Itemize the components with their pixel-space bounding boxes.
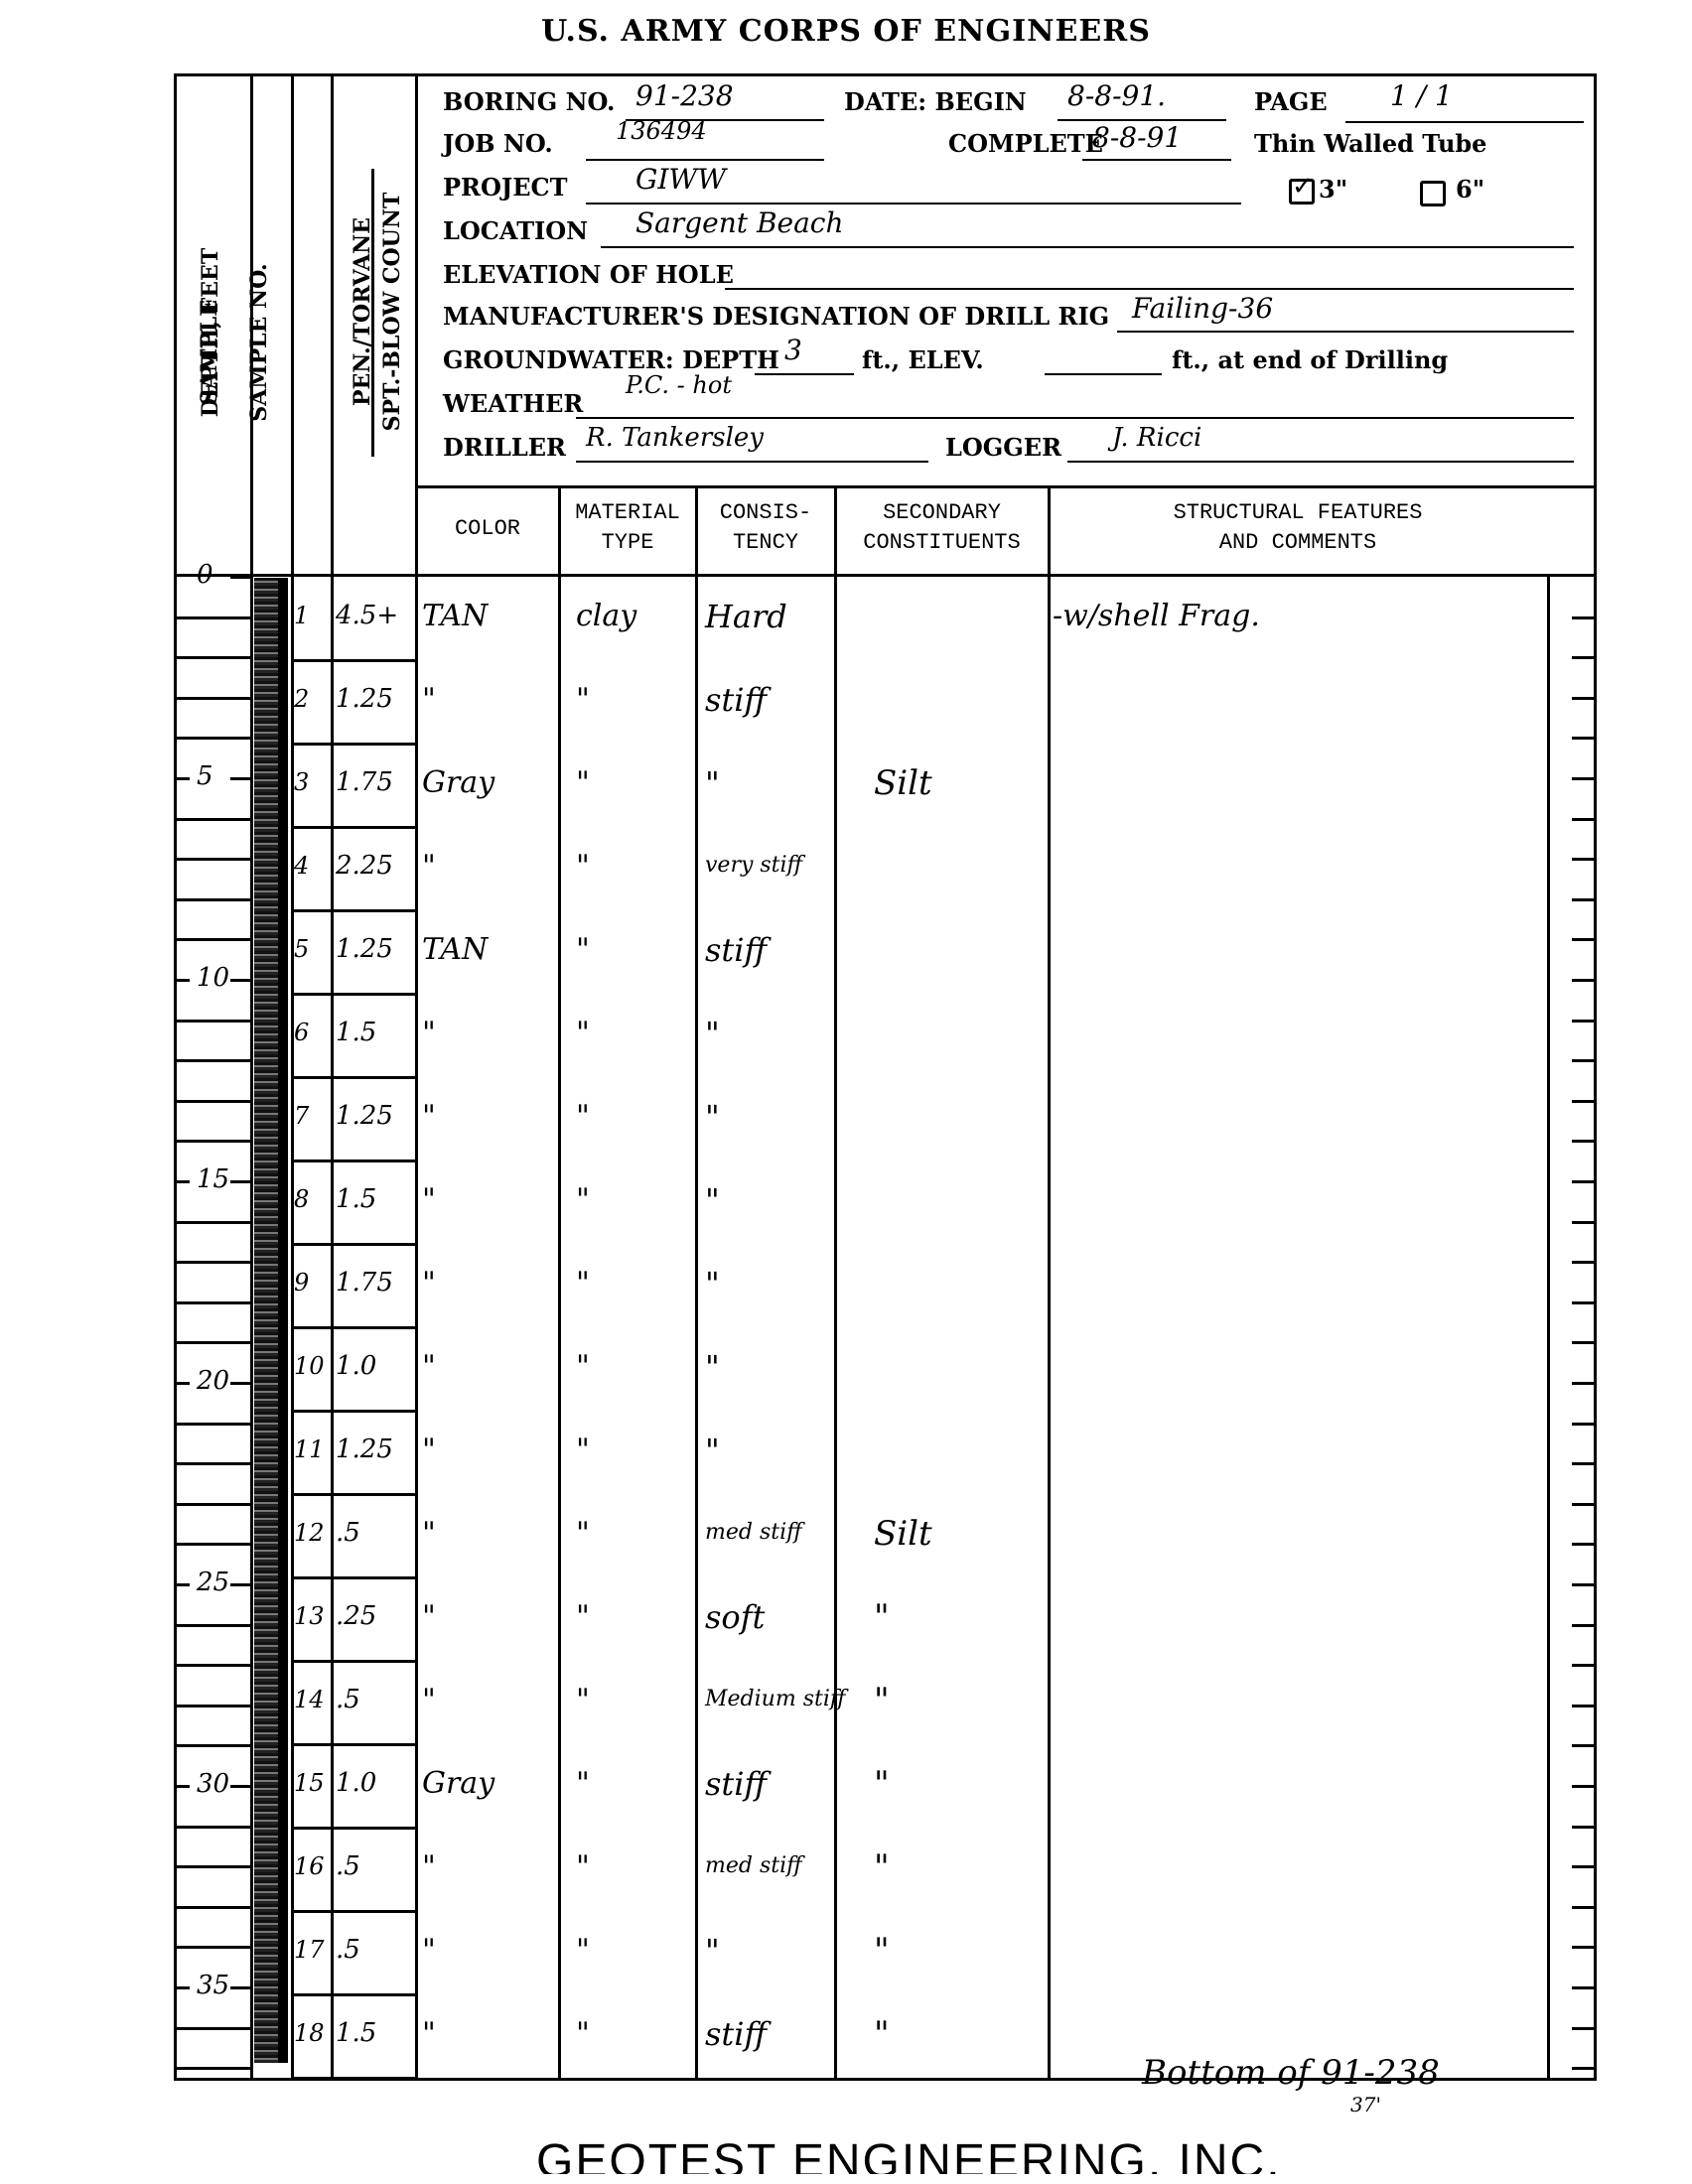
- material-value: ": [576, 682, 590, 717]
- tube-3in-label: 3": [1319, 175, 1347, 204]
- consistency-value: Medium stiff: [705, 1687, 845, 1711]
- secondary-value: ": [874, 1931, 890, 1971]
- sample-no: 14: [294, 1686, 325, 1713]
- weather-label: WEATHER: [443, 389, 583, 418]
- tube-6in-label: 6": [1456, 175, 1484, 204]
- tube-3in-checkbox[interactable]: ✓: [1289, 179, 1315, 205]
- material-value: ": [576, 1516, 590, 1551]
- sample-no: 4: [294, 852, 309, 880]
- pen-value: 1.0: [336, 1351, 376, 1381]
- color-value: TAN: [422, 932, 488, 967]
- secondary-value: ": [874, 1597, 890, 1637]
- table-row[interactable]: 16.5""med stiff": [0, 1827, 1692, 1910]
- date-begin-label: DATE: BEGIN: [844, 87, 1027, 116]
- job-no-label: JOB NO.: [443, 129, 553, 158]
- bottom-note: Bottom of 91-238: [1142, 2053, 1440, 2093]
- table-row[interactable]: 151.0Gray"stiff": [0, 1743, 1692, 1827]
- color-value: ": [422, 1599, 436, 1634]
- sample-no: 5: [294, 935, 309, 963]
- color-value: ": [422, 2016, 436, 2051]
- consistency-value: ": [705, 1015, 720, 1052]
- color-value: ": [422, 1016, 436, 1050]
- project-value[interactable]: GIWW: [635, 163, 726, 196]
- sample-no: 17: [294, 1936, 325, 1964]
- table-row[interactable]: 31.75Gray""Silt: [0, 743, 1692, 826]
- underline: [1117, 331, 1574, 333]
- consistency-value: ": [705, 1348, 720, 1386]
- pen-value: 1.25: [336, 934, 393, 964]
- groundwater-elev-label: ft., ELEV.: [862, 345, 984, 374]
- table-row[interactable]: 111.25""": [0, 1410, 1692, 1493]
- material-value: clay: [576, 599, 636, 633]
- divider: [415, 485, 1597, 488]
- underline: [586, 203, 1241, 205]
- consistency-value: ": [705, 1265, 720, 1302]
- underline: [576, 461, 928, 463]
- pen-value: 1.75: [336, 1268, 393, 1297]
- job-no-value[interactable]: 136494: [616, 117, 707, 145]
- sample-no: 10: [294, 1352, 325, 1380]
- sample-no: 9: [294, 1269, 309, 1297]
- material-value: ": [576, 1766, 590, 1801]
- location-label: LOCATION: [443, 216, 588, 245]
- material-value: ": [576, 1433, 590, 1467]
- table-row[interactable]: 81.5""": [0, 1160, 1692, 1243]
- color-value: ": [422, 1099, 436, 1134]
- material-value: ": [576, 849, 590, 884]
- sample-no-header: SAMPLE NO.: [246, 233, 276, 452]
- pen-value: .5: [336, 1851, 360, 1881]
- pen-value: 1.5: [336, 1184, 376, 1214]
- table-row[interactable]: 21.25""stiff: [0, 659, 1692, 743]
- consistency-value: very stiff: [705, 853, 802, 878]
- col-secondary-header: SECONDARYCONSTITUENTS: [836, 498, 1048, 558]
- table-row[interactable]: 71.25""": [0, 1076, 1692, 1160]
- underline: [586, 159, 824, 161]
- sample-no: 7: [294, 1102, 309, 1130]
- consistency-value: stiff: [705, 931, 767, 969]
- material-value: ": [576, 932, 590, 967]
- pen-value: 1.0: [336, 1768, 376, 1798]
- consistency-value: Hard: [705, 598, 787, 635]
- material-value: ": [576, 1933, 590, 1968]
- pen-value: 1.75: [336, 767, 393, 797]
- table-row[interactable]: 51.25TAN"stiff: [0, 909, 1692, 993]
- consistency-value: stiff: [705, 681, 767, 719]
- color-value: ": [422, 1933, 436, 1968]
- pen-value: 1.25: [336, 684, 393, 714]
- table-row[interactable]: 14.5+TANclayHard-w/shell Frag.: [0, 576, 1692, 659]
- groundwater-tail-label: ft., at end of Drilling: [1172, 345, 1448, 374]
- pen-value: .5: [336, 1685, 360, 1714]
- secondary-value: Silt: [874, 1514, 932, 1554]
- sample-no: 18: [294, 2019, 325, 2047]
- pen-value: .5: [336, 1518, 360, 1548]
- table-row[interactable]: 91.75""": [0, 1243, 1692, 1326]
- underline: [725, 288, 1574, 290]
- consistency-value: ": [705, 1432, 720, 1469]
- pen-value: 1.25: [336, 1101, 393, 1131]
- tube-6in-checkbox[interactable]: [1420, 181, 1446, 206]
- footer-company: GEOTEST ENGINEERING, INC.: [536, 2134, 1282, 2174]
- driller-label: DRILLER: [443, 433, 566, 462]
- material-value: ": [576, 1266, 590, 1300]
- date-begin-value[interactable]: 8-8-91.: [1067, 79, 1166, 112]
- sample-header: SAMPLE: [197, 253, 226, 452]
- sample-no: 2: [294, 685, 309, 713]
- pen-value: 2.25: [336, 851, 393, 881]
- consistency-value: ": [705, 764, 720, 802]
- groundwater-label: GROUNDWATER: DEPTH: [443, 345, 779, 374]
- consistency-value: ": [705, 1098, 720, 1136]
- consistency-value: stiff: [705, 2015, 767, 2053]
- weather-value[interactable]: P.C. - hot: [626, 371, 732, 399]
- drill-rig-value[interactable]: Failing-36: [1132, 292, 1273, 325]
- project-label: PROJECT: [443, 173, 568, 202]
- col-structural-header: STRUCTURAL FEATURESAND COMMENTS: [1050, 498, 1546, 558]
- col-color-header: COLOR: [417, 514, 558, 544]
- pen-value: 4.5+: [336, 601, 398, 630]
- color-value: ": [422, 682, 436, 717]
- sample-row-divider: [291, 2077, 415, 2080]
- sample-no: 6: [294, 1019, 309, 1046]
- color-value: ": [422, 1349, 436, 1384]
- boring-no-value[interactable]: 91-238: [635, 79, 734, 112]
- spt-blow-count-header: SPT.-BLOW COUNT: [379, 173, 407, 451]
- underline: [1045, 373, 1162, 375]
- agency-title: U.S. ARMY CORPS OF ENGINEERS: [0, 14, 1692, 49]
- table-row[interactable]: 42.25""very stiff: [0, 826, 1692, 909]
- material-value: ": [576, 2016, 590, 2051]
- location-value[interactable]: Sargent Beach: [635, 206, 844, 239]
- pen-value: .5: [336, 1935, 360, 1965]
- check-mark-icon: ✓: [1292, 172, 1314, 202]
- underline: [1345, 121, 1584, 123]
- material-value: ": [576, 765, 590, 800]
- color-value: ": [422, 1182, 436, 1217]
- logger-label: LOGGER: [945, 433, 1061, 462]
- driller-value[interactable]: R. Tankersley: [586, 423, 764, 453]
- bottom-depth: 37': [1350, 2093, 1381, 2116]
- color-value: TAN: [422, 599, 488, 633]
- table-row[interactable]: 13.25""soft": [0, 1576, 1692, 1660]
- underline: [601, 246, 1574, 248]
- color-value: ": [422, 1849, 436, 1884]
- material-value: ": [576, 1099, 590, 1134]
- pen-value: .25: [336, 1601, 376, 1631]
- consistency-value: med stiff: [705, 1520, 802, 1545]
- page-value[interactable]: 1 / 1: [1390, 79, 1453, 112]
- drill-rig-label: MANUFACTURER'S DESIGNATION OF DRILL RIG: [443, 302, 1109, 331]
- consistency-value: med stiff: [705, 1853, 802, 1878]
- elevation-label: ELEVATION OF HOLE: [443, 260, 734, 289]
- table-row[interactable]: 14.5""Medium stiff": [0, 1660, 1692, 1743]
- material-value: ": [576, 1683, 590, 1717]
- consistency-value: ": [705, 1932, 720, 1970]
- material-value: ": [576, 1599, 590, 1634]
- table-row[interactable]: 101.0""": [0, 1326, 1692, 1410]
- complete-value[interactable]: 8-8-91: [1092, 121, 1182, 154]
- color-value: Gray: [422, 1766, 494, 1801]
- secondary-value: Silt: [874, 763, 932, 803]
- underline: [1082, 159, 1231, 161]
- boring-no-label: BORING NO.: [443, 87, 615, 116]
- color-value: ": [422, 1266, 436, 1300]
- sample-no: 11: [294, 1435, 325, 1463]
- color-value: ": [422, 849, 436, 884]
- underline: [1067, 461, 1574, 463]
- secondary-value: ": [874, 1847, 890, 1887]
- sample-no: 8: [294, 1185, 309, 1213]
- color-value: ": [422, 1516, 436, 1551]
- sample-no: 3: [294, 768, 309, 796]
- table-row[interactable]: 17.5"""": [0, 1910, 1692, 1993]
- sample-no: 15: [294, 1769, 325, 1797]
- consistency-value: ": [705, 1181, 720, 1219]
- sample-no: 16: [294, 1852, 325, 1880]
- pen-value: 1.5: [336, 2018, 376, 2048]
- material-value: ": [576, 1182, 590, 1217]
- sample-no: 12: [294, 1519, 325, 1547]
- material-value: ": [576, 1349, 590, 1384]
- sample-no: 13: [294, 1602, 325, 1630]
- underline: [576, 417, 1574, 419]
- secondary-value: ": [874, 1681, 890, 1720]
- color-value: ": [422, 1433, 436, 1467]
- color-value: ": [422, 1683, 436, 1717]
- material-value: ": [576, 1849, 590, 1884]
- color-value: Gray: [422, 765, 494, 800]
- groundwater-depth-value[interactable]: 3: [784, 334, 802, 366]
- underline: [755, 373, 854, 375]
- sample-no: 1: [294, 602, 309, 629]
- complete-label: COMPLETE: [948, 129, 1103, 158]
- secondary-value: ": [874, 1764, 890, 1804]
- col-material-header: MATERIALTYPE: [560, 498, 695, 558]
- thin-walled-tube-label: Thin Walled Tube: [1254, 129, 1486, 158]
- page-label: PAGE: [1254, 87, 1328, 116]
- comments-value: -w/shell Frag.: [1053, 599, 1260, 633]
- pen-value: 1.5: [336, 1018, 376, 1047]
- material-value: ": [576, 1016, 590, 1050]
- logger-value[interactable]: J. Ricci: [1112, 423, 1201, 453]
- consistency-value: soft: [705, 1598, 765, 1636]
- secondary-value: ": [874, 2014, 890, 2054]
- pen-value: 1.25: [336, 1434, 393, 1464]
- consistency-value: stiff: [705, 1765, 767, 1803]
- table-row[interactable]: 61.5""": [0, 993, 1692, 1076]
- table-row[interactable]: 12.5""med stiffSilt: [0, 1493, 1692, 1576]
- header-fraction-line: [371, 169, 374, 457]
- col-consistency-header: CONSIS-TENCY: [697, 498, 834, 558]
